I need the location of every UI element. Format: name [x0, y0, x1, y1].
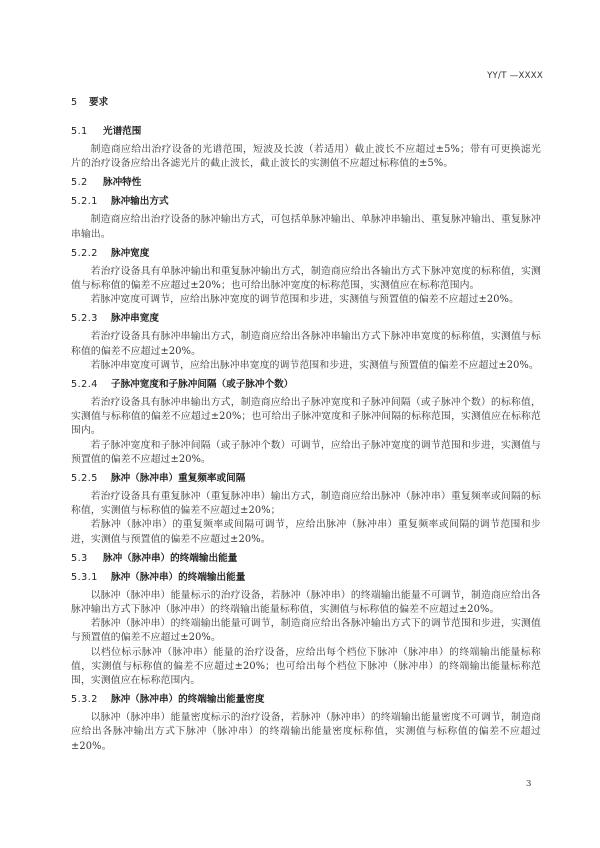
section-heading-5-2-4: 5.2.4子脉冲宽度和子脉冲间隔（或子脉冲个数）	[71, 378, 541, 392]
paragraph: 若脉冲宽度可调节，应给出脉冲宽度的调节范围和步进，实测值与预置值的偏差不应超过±…	[71, 293, 541, 307]
page-number: 3	[526, 779, 531, 789]
paragraph: 以档位标示脉冲（脉冲串）能量的治疗设备，应给出每个档位下脉冲（脉冲串）的终端输出…	[71, 646, 541, 689]
paragraph: 制造商应给出治疗设备的脉冲输出方式，可包括单脉冲输出、单脉冲串输出、重复脉冲输出…	[71, 213, 541, 241]
section-heading-5-2: 5.2脉冲特性	[71, 176, 541, 190]
section-heading-5-2-1: 5.2.1脉冲输出方式	[71, 195, 541, 209]
section-heading-5-3-2: 5.3.2脉冲（脉冲串）的终端输出能量密度	[71, 693, 541, 707]
paragraph: 以脉冲（脉冲串）能量标示的治疗设备，若脉冲（脉冲串）的终端输出能量不可调节，制造…	[71, 589, 541, 617]
paragraph: 若治疗设备具有脉冲串输出方式，制造商应给出各脉冲串输出方式下脉冲串宽度的标称值，…	[71, 330, 541, 358]
paragraph: 若脉冲（脉冲串）的重复频率或间隔可调节，应给出脉冲（脉冲串）重复频率或间隔的调节…	[71, 518, 541, 546]
document-body: 5要求 5.1光谱范围 制造商应给出治疗设备的光谱范围，短波及长波（若适用）截止…	[71, 96, 541, 754]
paragraph: 若脉冲（脉冲串）的终端输出能量可调节，制造商应给出各脉冲输出方式下的调节范围和步…	[71, 617, 541, 645]
section-heading-5-3: 5.3脉冲（脉冲串）的终端输出能量	[71, 552, 541, 566]
document-page: YY/T —XXXX 5要求 5.1光谱范围 制造商应给出治疗设备的光谱范围，短…	[0, 0, 600, 848]
paragraph: 若治疗设备具有脉冲串输出方式，制造商应给出子脉冲宽度和子脉冲间隔（或子脉冲个数）…	[71, 396, 541, 439]
paragraph: 若脉冲串宽度可调节，应给出脉冲串宽度的调节范围和步进，实测值与预置值的偏差不应超…	[71, 359, 541, 373]
paragraph: 以脉冲（脉冲串）能量密度标示的治疗设备，若脉冲（脉冲串）的终端输出能量密度不可调…	[71, 711, 541, 754]
section-heading-5-2-2: 5.2.2脉冲宽度	[71, 247, 541, 261]
paragraph: 若治疗设备具有重复脉冲（重复脉冲串）输出方式，制造商应给出脉冲（脉冲串）重复频率…	[71, 490, 541, 518]
section-heading-5-2-3: 5.2.3脉冲串宽度	[71, 312, 541, 326]
paragraph: 若子脉冲宽度和子脉冲间隔（或子脉冲个数）可调节，应给出子脉冲宽度的调节范围和步进…	[71, 439, 541, 467]
paragraph: 制造商应给出治疗设备的光谱范围，短波及长波（若适用）截止波长不应超过±5%；带有…	[71, 143, 541, 171]
paragraph: 若治疗设备具有单脉冲输出和重复脉冲输出方式，制造商应给出各输出方式下脉冲宽度的标…	[71, 265, 541, 293]
section-heading-5: 5要求	[71, 96, 541, 110]
section-heading-5-1: 5.1光谱范围	[71, 125, 541, 139]
section-heading-5-3-1: 5.3.1脉冲（脉冲串）的终端输出能量	[71, 571, 541, 585]
document-code-header: YY/T —XXXX	[487, 71, 543, 81]
section-heading-5-2-5: 5.2.5脉冲（脉冲串）重复频率或间隔	[71, 472, 541, 486]
